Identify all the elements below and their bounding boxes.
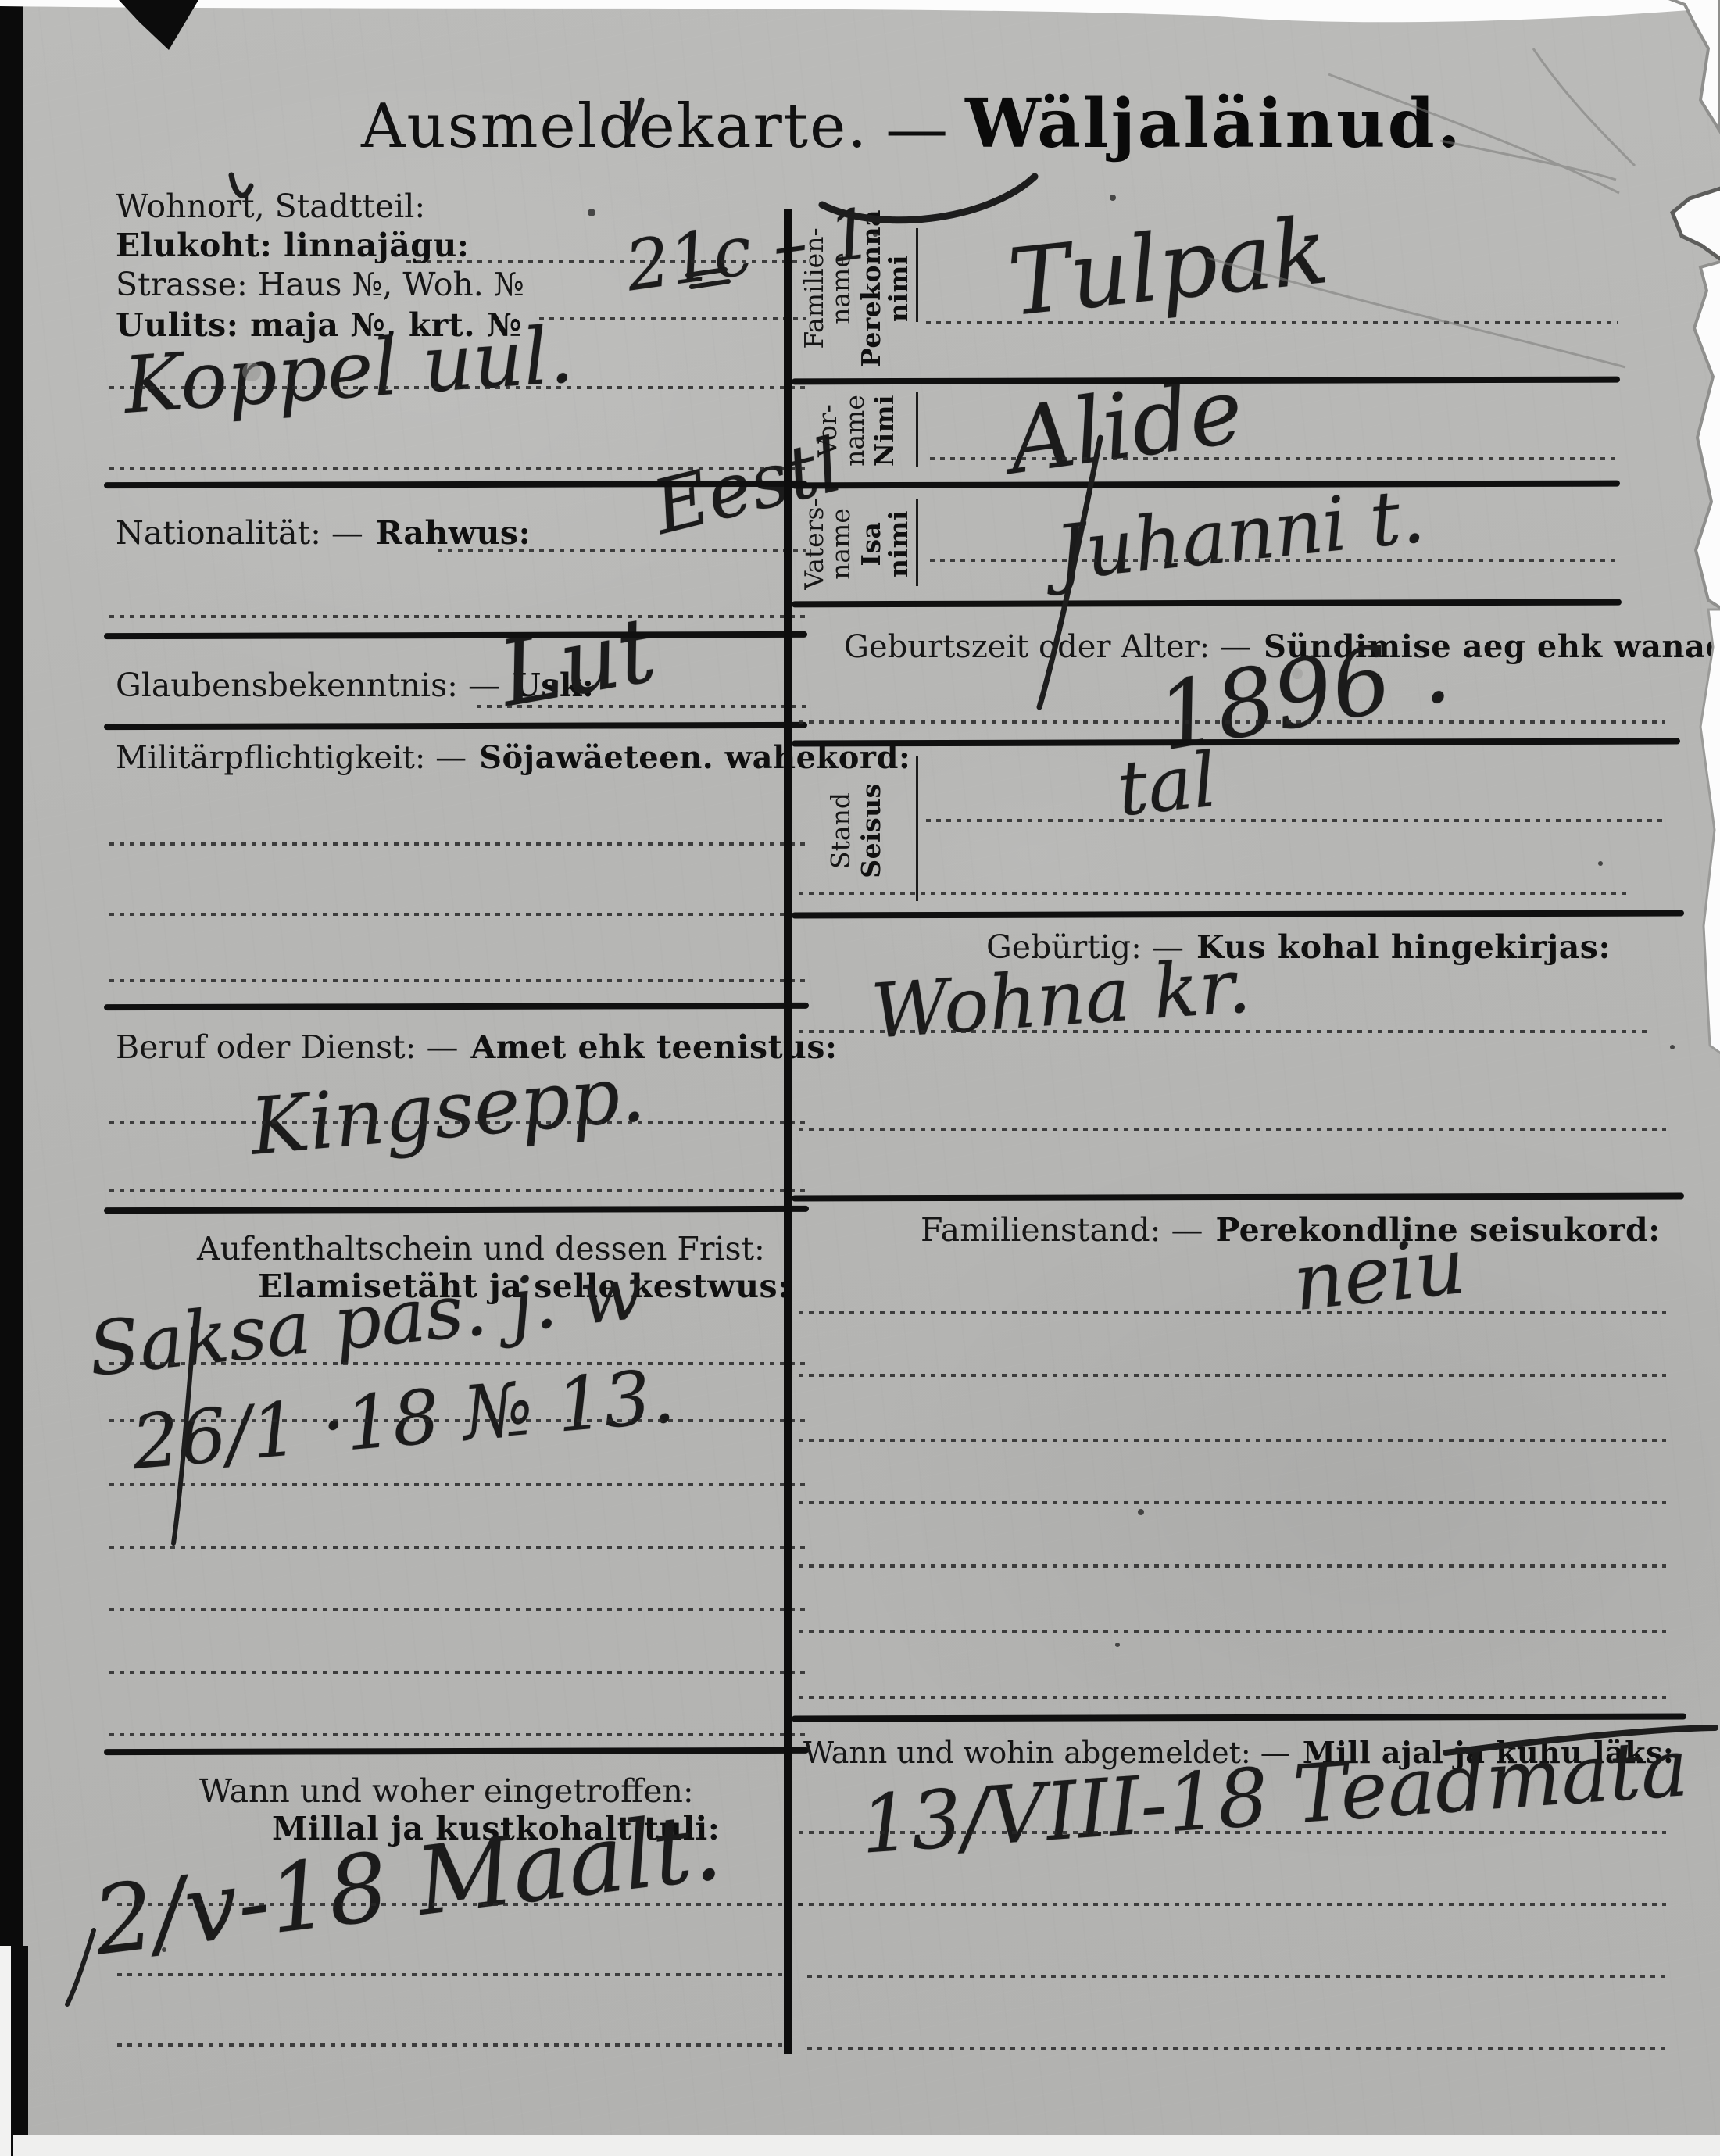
surname-label-de: Familien- name bbox=[801, 227, 855, 349]
elukoht-label-et: Elukoht: linnajägu: bbox=[116, 228, 469, 264]
nationality-label-et: Rahwus: bbox=[376, 516, 531, 552]
scan-bed-bottom bbox=[13, 2135, 1720, 2156]
dotted-line bbox=[799, 1903, 1666, 1906]
dotted-line bbox=[109, 467, 806, 470]
label-strip-rule bbox=[916, 756, 918, 901]
dotted-line bbox=[109, 1671, 806, 1674]
dotted-line bbox=[799, 1030, 1647, 1033]
field-occupation-label: Beruf oder Dienst: — Amet ehk teenistus: bbox=[116, 1030, 838, 1066]
dotted-line bbox=[799, 1501, 1666, 1504]
card-title: Ausmeldekarte. — Wäljaläinud. bbox=[361, 84, 1463, 163]
dotted-line bbox=[109, 842, 806, 846]
wohnort-label-de: Wohnort, Stadtteil: bbox=[116, 189, 425, 225]
label-strip-rule bbox=[916, 392, 918, 467]
dotted-line bbox=[109, 1483, 806, 1486]
dotted-line bbox=[807, 1975, 1667, 1978]
field-wohnort-label: Wohnort, Stadtteil: bbox=[116, 189, 425, 225]
dotted-line bbox=[799, 720, 1665, 724]
religion-label-de: Glaubensbekenntnis: — bbox=[116, 668, 500, 704]
dotted-line bbox=[109, 1362, 806, 1365]
dotted-line bbox=[109, 386, 806, 389]
dotted-line bbox=[109, 1546, 806, 1549]
dotted-line bbox=[807, 2047, 1667, 2050]
field-status-label: Stand Seisus bbox=[799, 753, 914, 908]
scan-edge-white-sliver bbox=[0, 1946, 11, 2156]
family-status-label-de: Familienstand: — bbox=[921, 1213, 1203, 1249]
column-divider bbox=[784, 209, 792, 2054]
dotted-line bbox=[406, 260, 806, 263]
status-label-de: Stand bbox=[828, 792, 855, 869]
title-german: Ausmeldekarte. bbox=[361, 91, 868, 162]
field-surname-label: Familien- name Perekonna nimi bbox=[799, 216, 914, 361]
scanned-registration-card: Ausmeldekarte. — Wäljaläinud. Wohnort, S… bbox=[0, 0, 1720, 2156]
fathername-label-de: Vaters- name bbox=[801, 498, 855, 589]
strasse-label-de: Strasse: Haus №, Woh. № bbox=[116, 267, 524, 303]
dotted-line bbox=[930, 559, 1618, 562]
field-permit-label-de: Aufenthaltschein und dessen Frist: bbox=[197, 1232, 765, 1267]
dotted-line bbox=[477, 705, 806, 708]
dotted-line bbox=[109, 1608, 806, 1611]
dotted-line bbox=[799, 1374, 1666, 1377]
dotted-line bbox=[109, 1733, 806, 1736]
dotted-line bbox=[109, 1419, 806, 1422]
scan-edge-left-lower bbox=[11, 1946, 28, 2156]
nationality-label-de: Nationalität: — bbox=[116, 516, 363, 552]
dotted-line bbox=[109, 913, 806, 916]
scan-edge-left bbox=[0, 0, 23, 1954]
dotted-line bbox=[117, 1973, 789, 1976]
dotted-line bbox=[117, 1903, 805, 1906]
permit-label-de: Aufenthaltschein und dessen Frist: bbox=[197, 1232, 765, 1267]
label-strip-rule bbox=[916, 228, 918, 322]
registered-label-et: Kus kohal hingekirjas: bbox=[1196, 930, 1611, 966]
field-firstname-label: Vor- name Nimi bbox=[799, 383, 914, 478]
dotted-line bbox=[109, 1189, 806, 1192]
military-label-de: Militärpflichtigkeit: — bbox=[116, 741, 467, 776]
dotted-line bbox=[799, 1630, 1666, 1633]
dotted-line bbox=[799, 892, 1631, 895]
fathername-label-et: Isa nimi bbox=[858, 510, 912, 577]
firstname-label-et: Nimi bbox=[871, 395, 899, 467]
dotted-line bbox=[926, 819, 1668, 822]
field-elukoht-label: Elukoht: linnajägu: bbox=[116, 228, 469, 264]
field-nationality-label: Nationalität: — Rahwus: bbox=[116, 516, 531, 552]
status-label-et: Seisus bbox=[858, 783, 885, 878]
dotted-line bbox=[799, 1439, 1666, 1442]
dotted-line bbox=[539, 317, 806, 320]
field-fathername-label: Vaters- name Isa nimi bbox=[799, 489, 914, 599]
label-strip-rule bbox=[916, 499, 918, 586]
title-dash: — bbox=[889, 96, 945, 161]
title-estonian: Wäljaläinud. bbox=[965, 84, 1463, 163]
dotted-line bbox=[799, 1831, 1666, 1834]
dotted-line bbox=[109, 979, 806, 982]
dotted-line bbox=[926, 321, 1618, 324]
firstname-label-de: Vor- name bbox=[814, 395, 868, 467]
field-strasse-label: Strasse: Haus №, Woh. № bbox=[116, 267, 524, 303]
dotted-line bbox=[438, 549, 806, 552]
dotted-line bbox=[799, 1311, 1666, 1314]
dotted-line bbox=[799, 1128, 1666, 1131]
surname-label-et: Perekonna nimi bbox=[858, 209, 912, 367]
dotted-line bbox=[799, 1564, 1666, 1568]
occupation-label-de: Beruf oder Dienst: — bbox=[116, 1030, 458, 1066]
dotted-line bbox=[930, 457, 1618, 460]
dotted-line bbox=[117, 2043, 789, 2047]
dotted-line bbox=[109, 1121, 806, 1124]
dotted-line bbox=[799, 1696, 1666, 1699]
dotted-line bbox=[109, 615, 806, 618]
